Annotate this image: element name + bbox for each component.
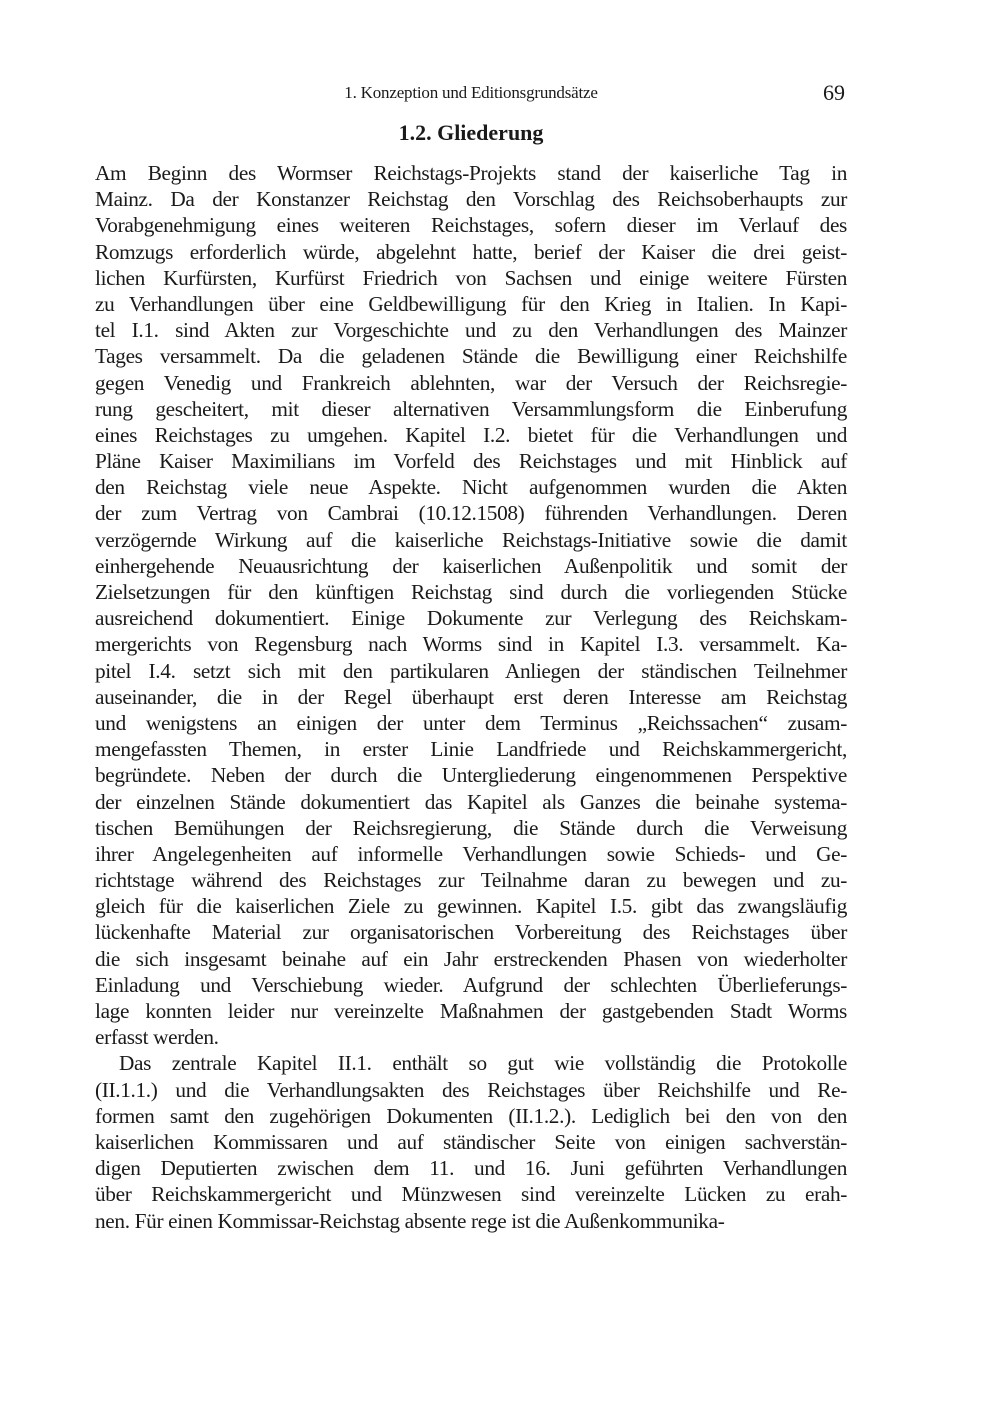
text-line: einhergehende Neuausrichtung der kaiserl… (95, 553, 847, 579)
text-line: lage konnten leider nur vereinzelte Maßn… (95, 998, 847, 1024)
running-title: 1. Konzeption und Editionsgrundsätze (95, 83, 847, 103)
text-line: Romzugs erforderlich würde, abgelehnt ha… (95, 239, 847, 265)
text-line: Tages versammelt. Da die geladenen Ständ… (95, 343, 847, 369)
text-line: eines Reichstages zu umgehen. Kapitel I.… (95, 422, 847, 448)
text-line: Das zentrale Kapitel II.1. enthält so gu… (95, 1050, 847, 1076)
text-line: ausreichend dokumentiert. Einige Dokumen… (95, 605, 847, 631)
text-line: (II.1.1.) und die Verhandlungsakten des … (95, 1077, 847, 1103)
text-line: Am Beginn des Wormser Reichstags-Projekt… (95, 160, 847, 186)
running-head: 1. Konzeption und Editionsgrundsätze 69 (95, 80, 847, 106)
text-line: der einzelnen Stände dokumentiert das Ka… (95, 789, 847, 815)
text-line: tischen Bemühungen der Reichsregierung, … (95, 815, 847, 841)
body-text: Am Beginn des Wormser Reichstags-Projekt… (95, 160, 847, 1234)
text-line: verzögernde Wirkung auf die kaiserliche … (95, 527, 847, 553)
text-line: und wenigstens an einigen der unter dem … (95, 710, 847, 736)
text-line: gegen Venedig und Frankreich ablehnten, … (95, 370, 847, 396)
text-line: den Reichstag viele neue Aspekte. Nicht … (95, 474, 847, 500)
text-line: erfasst werden. (95, 1024, 847, 1050)
text-line: Mainz. Da der Konstanzer Reichstag den V… (95, 186, 847, 212)
text-line: zu Verhandlungen über eine Geldbewilligu… (95, 291, 847, 317)
text-line: lichen Kurfürsten, Kurfürst Friedrich vo… (95, 265, 847, 291)
text-line: kaiserlichen Kommissaren und auf ständis… (95, 1129, 847, 1155)
text-line: gleich für die kaiserlichen Ziele zu gew… (95, 893, 847, 919)
text-line: über Reichskammergericht und Münzwesen s… (95, 1181, 847, 1207)
text-line: Einladung und Verschiebung wieder. Aufgr… (95, 972, 847, 998)
text-line: digen Deputierten zwischen dem 11. und 1… (95, 1155, 847, 1181)
text-line: der zum Vertrag von Cambrai (10.12.1508)… (95, 500, 847, 526)
text-line: mengefassten Themen, in erster Linie Lan… (95, 736, 847, 762)
text-line: begründete. Neben der durch die Untergli… (95, 762, 847, 788)
text-line: ihrer Angelegenheiten auf informelle Ver… (95, 841, 847, 867)
section-heading: 1.2. Gliederung (95, 120, 847, 146)
text-line: tel I.1. sind Akten zur Vorgeschichte un… (95, 317, 847, 343)
text-line: Vorabgenehmigung eines weiteren Reichsta… (95, 212, 847, 238)
text-line: rung gescheitert, mit dieser alternative… (95, 396, 847, 422)
text-line: lückenhafte Material zur organisatorisch… (95, 919, 847, 945)
text-line: auseinander, die in der Regel überhaupt … (95, 684, 847, 710)
text-line: mergerichts von Regensburg nach Worms si… (95, 631, 847, 657)
text-line: formen samt den zugehörigen Dokumenten (… (95, 1103, 847, 1129)
text-line: pitel I.4. setzt sich mit den partikular… (95, 658, 847, 684)
text-line: die sich insgesamt beinahe auf ein Jahr … (95, 946, 847, 972)
text-line: Zielsetzungen für den künftigen Reichsta… (95, 579, 847, 605)
page-number: 69 (823, 80, 845, 106)
text-line: richtstage während des Reichstages zur T… (95, 867, 847, 893)
text-line: Pläne Kaiser Maximilians im Vorfeld des … (95, 448, 847, 474)
text-line: nen. Für einen Kommissar-Reichstag absen… (95, 1208, 847, 1234)
paragraph: Am Beginn des Wormser Reichstags-Projekt… (95, 160, 847, 1050)
paragraph: Das zentrale Kapitel II.1. enthält so gu… (95, 1050, 847, 1233)
